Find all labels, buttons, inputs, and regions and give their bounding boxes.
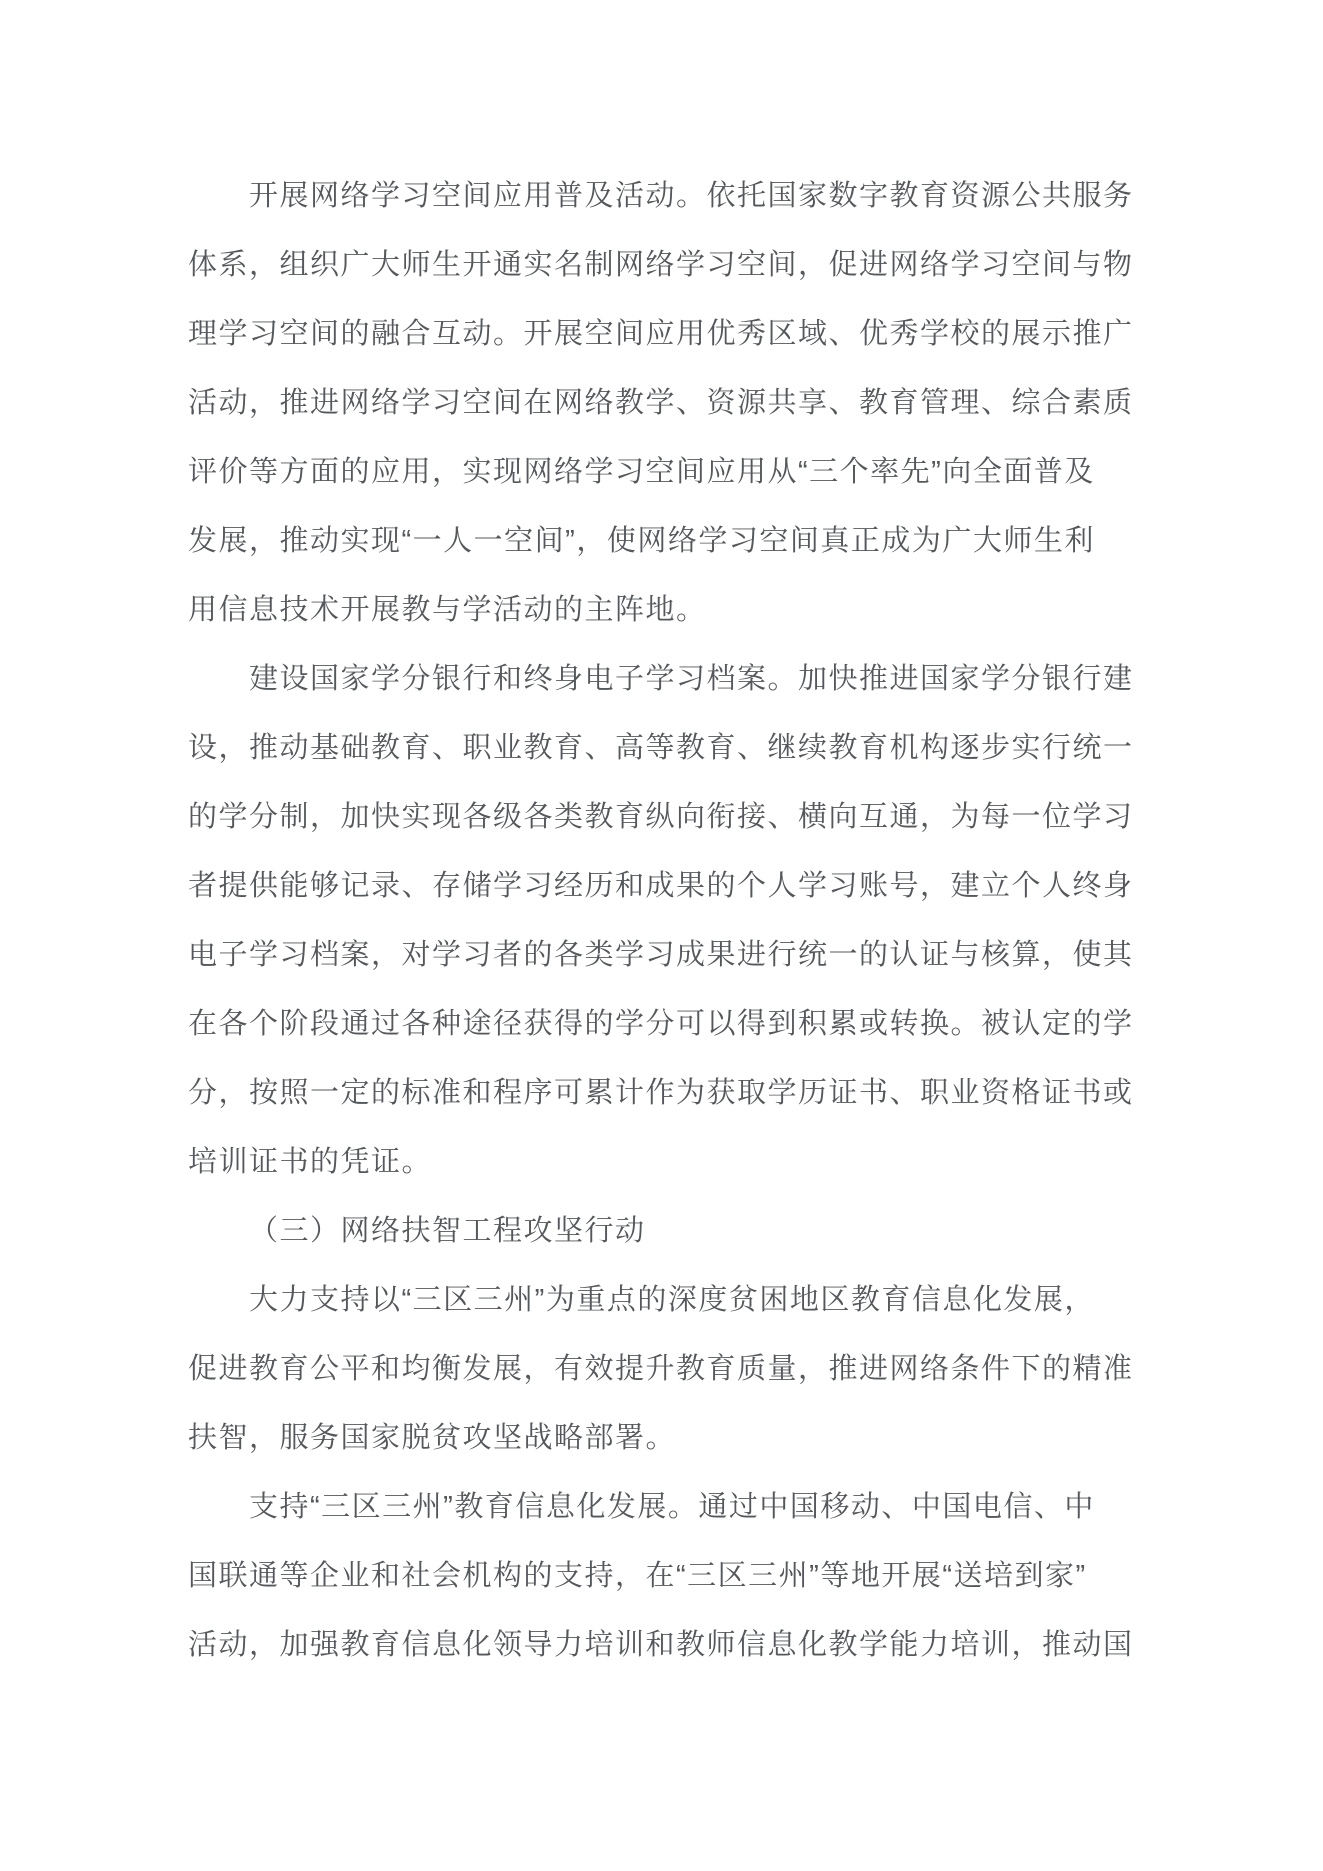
text-line: 支持“三区三州”教育信息化发展。通过中国移动、中国电信、中 [188, 1473, 1132, 1542]
text-line: 大力支持以“三区三州”为重点的深度贫困地区教育信息化发展， [188, 1266, 1132, 1335]
document-page: 开展网络学习空间应用普及活动。依托国家数字教育资源公共服务体系，组织广大师生开通… [0, 0, 1323, 1871]
text-line: 在各个阶段通过各种途径获得的学分可以得到积累或转换。被认定的学 [188, 990, 1132, 1059]
text-line: 扶智，服务国家脱贫攻坚战略部署。 [188, 1404, 1132, 1473]
text-line: 分，按照一定的标准和程序可累计作为获取学历证书、职业资格证书或 [188, 1059, 1132, 1128]
text-line: 者提供能够记录、存储学习经历和成果的个人学习账号，建立个人终身 [188, 852, 1132, 921]
document-body-text: 开展网络学习空间应用普及活动。依托国家数字教育资源公共服务体系，组织广大师生开通… [188, 162, 1132, 1680]
text-line: 活动，加强教育信息化领导力培训和教师信息化教学能力培训，推动国 [188, 1611, 1132, 1680]
text-line: 开展网络学习空间应用普及活动。依托国家数字教育资源公共服务 [188, 162, 1132, 231]
text-line: 电子学习档案，对学习者的各类学习成果进行统一的认证与核算，使其 [188, 921, 1132, 990]
text-line: 的学分制，加快实现各级各类教育纵向衔接、横向互通，为每一位学习 [188, 783, 1132, 852]
text-line: 促进教育公平和均衡发展，有效提升教育质量，推进网络条件下的精准 [188, 1335, 1132, 1404]
text-line: 活动，推进网络学习空间在网络教学、资源共享、教育管理、综合素质 [188, 369, 1132, 438]
text-line: 用信息技术开展教与学活动的主阵地。 [188, 576, 1132, 645]
text-line: 发展，推动实现“一人一空间”，使网络学习空间真正成为广大师生利 [188, 507, 1132, 576]
text-line: 评价等方面的应用，实现网络学习空间应用从“三个率先”向全面普及 [188, 438, 1132, 507]
text-line: 培训证书的凭证。 [188, 1128, 1132, 1197]
text-line: 理学习空间的融合互动。开展空间应用优秀区域、优秀学校的展示推广 [188, 300, 1132, 369]
text-line: 国联通等企业和社会机构的支持，在“三区三州”等地开展“送培到家” [188, 1542, 1132, 1611]
text-line: 设，推动基础教育、职业教育、高等教育、继续教育机构逐步实行统一 [188, 714, 1132, 783]
text-line: （三）网络扶智工程攻坚行动 [188, 1197, 1132, 1266]
text-line: 建设国家学分银行和终身电子学习档案。加快推进国家学分银行建 [188, 645, 1132, 714]
text-line: 体系，组织广大师生开通实名制网络学习空间，促进网络学习空间与物 [188, 231, 1132, 300]
